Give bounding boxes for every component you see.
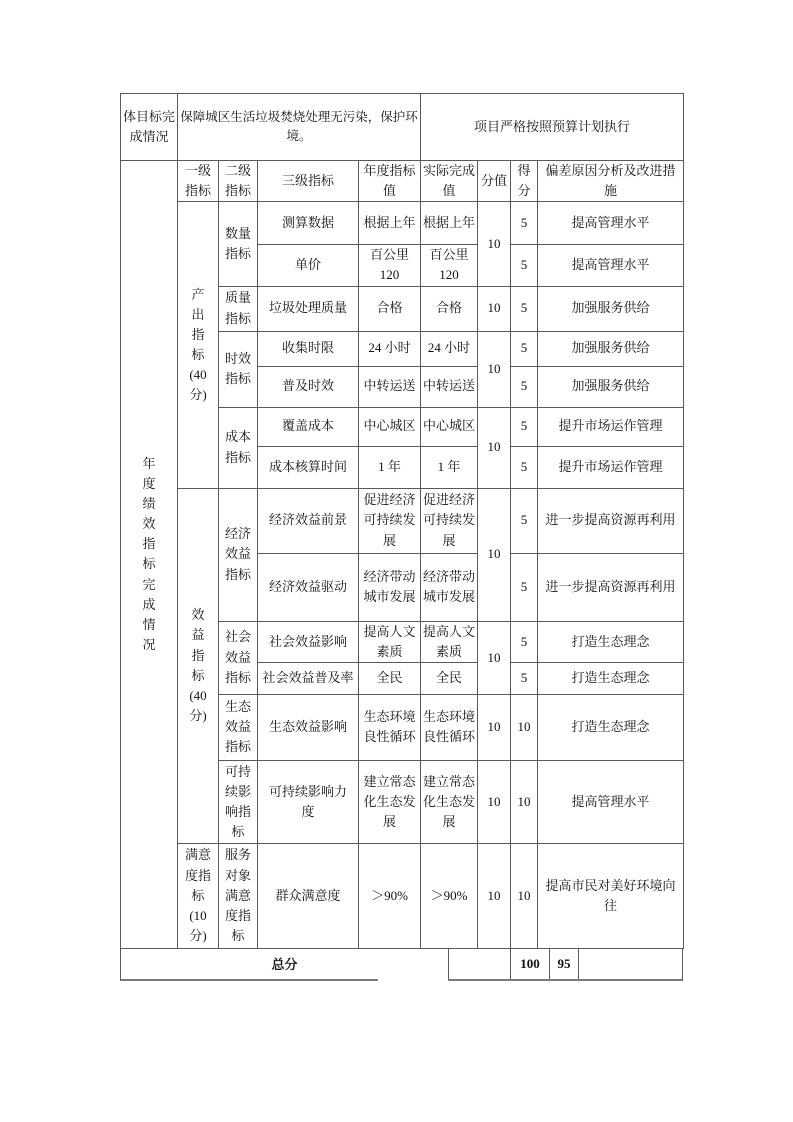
level2-ecological-indicator: 生态 效益 指标 [219,694,258,760]
score-cell: 10 [478,694,511,760]
performance-table-wrap: 体目标完成情况 保障城区生活垃圾焚烧处理无污染，保护环 境。 项目严格按照预算计… [120,93,683,981]
score-cell: 10 [478,407,511,488]
gained-cell: 5 [511,446,538,488]
table-row: 满意 度指 标 (10 分) 服务 对象 满意 度指 标 群众满意度 ＞90% … [121,843,684,948]
deviation-cell: 进一步提高资源再利用 [538,553,684,621]
annual-value-cell: 百公里120 [359,245,421,286]
level2-sustainable-indicator: 可持 续影 响指 标 [219,760,258,843]
header-row: 年 度 绩 效 指 标 完 成 情 况 一级指标 二级指标 三级指标 年度指标值… [121,161,684,202]
table-row: 产 出 指 标 (40 分) 数量 指标 测算数据 根据上年 根据上年 10 5… [121,202,684,245]
deviation-cell: 加强服务供给 [538,286,684,331]
deviation-cell: 提升市场运作管理 [538,446,684,488]
score-cell: 10 [478,331,511,407]
header-annual-value: 年度指标值 [359,161,421,202]
header-score: 分值 [478,161,511,202]
deviation-cell: 打造生态理念 [538,662,684,694]
level3-cell: 可持续影响力 度 [258,760,359,843]
level3-cell: 成本核算时间 [258,446,359,488]
actual-value-cell: 百公里120 [421,245,478,286]
annual-value-cell: 1 年 [359,446,421,488]
annual-value-cell: 经济带动城市发展 [359,553,421,621]
annual-value-cell: 全民 [359,662,421,694]
deviation-cell: 提高管理水平 [538,202,684,245]
actual-value-cell: 24 小时 [421,331,478,366]
actual-value-cell: 经济带动城市发展 [421,553,478,621]
document-page: 体目标完成情况 保障城区生活垃圾焚烧处理无污染，保护环 境。 项目严格按照预算计… [0,0,793,1122]
gained-cell: 5 [511,245,538,286]
total-label: 总分 [121,949,449,979]
actual-value-cell: 促进经济可持续发展 [421,488,478,553]
header-level1: 一级指标 [178,161,219,202]
level3-cell: 垃圾处理质量 [258,286,359,331]
overall-goal-text: 保障城区生活垃圾焚烧处理无污染，保护环 境。 [178,94,421,161]
actual-value-cell: 合格 [421,286,478,331]
annual-value-cell: 24 小时 [359,331,421,366]
deviation-cell: 加强服务供给 [538,331,684,366]
actual-value-cell: ＞90% [421,843,478,948]
deviation-cell: 提升市场运作管理 [538,407,684,446]
overall-target-row: 体目标完成情况 保障城区生活垃圾焚烧处理无污染，保护环 境。 项目严格按照预算计… [121,94,684,161]
table-row: 效 益 指 标 (40 分) 经济 效益 指标 经济效益前景 促进经济可持续发展… [121,488,684,553]
score-cell: 10 [478,760,511,843]
header-gained: 得分 [511,161,538,202]
total-row: 总分 100 95 [120,949,683,981]
header-deviation: 偏差原因分析及改进措施 [538,161,684,202]
deviation-cell: 进一步提高资源再利用 [538,488,684,553]
score-cell: 10 [478,202,511,286]
score-cell: 10 [478,488,511,621]
level1-output-indicator: 产 出 指 标 (40 分) [178,202,219,488]
deviation-cell: 提高管理水平 [538,760,684,843]
annual-value-cell: 中转运送 [359,366,421,407]
score-cell: 10 [478,621,511,694]
gained-cell: 10 [511,760,538,843]
gained-cell: 5 [511,331,538,366]
total-deviation-empty-cell [579,949,682,979]
total-score-value: 100 [511,949,550,979]
deviation-cell: 提高管理水平 [538,245,684,286]
border-gap [378,979,448,981]
annual-value-cell: 中心城区 [359,407,421,446]
actual-value-cell: 建立常态化生态发展 [421,760,478,843]
gained-cell: 5 [511,286,538,331]
level2-social-indicator: 社会 效益 指标 [219,621,258,694]
level1-benefit-indicator: 效 益 指 标 (40 分) [178,488,219,843]
deviation-cell: 打造生态理念 [538,621,684,662]
gained-cell: 5 [511,202,538,245]
header-level3: 三级指标 [258,161,359,202]
level1-satisfaction-indicator: 满意 度指 标 (10 分) [178,843,219,948]
annual-value-cell: 根据上年 [359,202,421,245]
performance-table: 体目标完成情况 保障城区生活垃圾焚烧处理无污染，保护环 境。 项目严格按照预算计… [120,93,684,949]
gained-cell: 5 [511,407,538,446]
level3-cell: 收集时限 [258,331,359,366]
actual-value-cell: 根据上年 [421,202,478,245]
level3-cell: 生态效益影响 [258,694,359,760]
header-level2: 二级指标 [219,161,258,202]
actual-value-cell: 提高人文素质 [421,621,478,662]
overall-target-label: 体目标完成情况 [121,94,178,161]
actual-value-cell: 1 年 [421,446,478,488]
actual-value-cell: 全民 [421,662,478,694]
deviation-cell: 加强服务供给 [538,366,684,407]
level3-cell: 社会效益普及率 [258,662,359,694]
level3-cell: 单价 [258,245,359,286]
annual-value-cell: 建立常态化生态发展 [359,760,421,843]
total-gained-value: 95 [550,949,579,979]
level2-timeliness-indicator: 时效 指标 [219,331,258,407]
level3-cell: 群众满意度 [258,843,359,948]
gained-cell: 10 [511,694,538,760]
gained-cell: 10 [511,843,538,948]
score-cell: 10 [478,286,511,331]
level2-quantity-indicator: 数量 指标 [219,202,258,286]
level3-cell: 经济效益前景 [258,488,359,553]
total-actual-empty-cell [449,949,511,979]
deviation-cell: 打造生态理念 [538,694,684,760]
level2-service-satisfaction-indicator: 服务 对象 满意 度指 标 [219,843,258,948]
header-actual-value: 实际完成值 [421,161,478,202]
level2-quality-indicator: 质量 指标 [219,286,258,331]
annual-value-cell: 促进经济可持续发展 [359,488,421,553]
budget-execution-text: 项目严格按照预算计划执行 [421,94,684,161]
annual-value-cell: ＞90% [359,843,421,948]
actual-value-cell: 中转运送 [421,366,478,407]
level3-cell: 经济效益驱动 [258,553,359,621]
level3-cell: 普及时效 [258,366,359,407]
gained-cell: 5 [511,621,538,662]
actual-value-cell: 生态环境良性循环 [421,694,478,760]
annual-value-cell: 生态环境良性循环 [359,694,421,760]
level3-cell: 测算数据 [258,202,359,245]
annual-performance-section-label: 年 度 绩 效 指 标 完 成 情 况 [121,161,178,949]
actual-value-cell: 中心城区 [421,407,478,446]
level3-cell: 覆盖成本 [258,407,359,446]
score-cell: 10 [478,843,511,948]
gained-cell: 5 [511,662,538,694]
gained-cell: 5 [511,553,538,621]
deviation-cell: 提高市民对美好环境向往 [538,843,684,948]
annual-value-cell: 提高人文素质 [359,621,421,662]
level3-cell: 社会效益影响 [258,621,359,662]
level2-economic-indicator: 经济 效益 指标 [219,488,258,621]
annual-value-cell: 合格 [359,286,421,331]
gained-cell: 5 [511,366,538,407]
level2-cost-indicator: 成本 指标 [219,407,258,488]
gained-cell: 5 [511,488,538,553]
